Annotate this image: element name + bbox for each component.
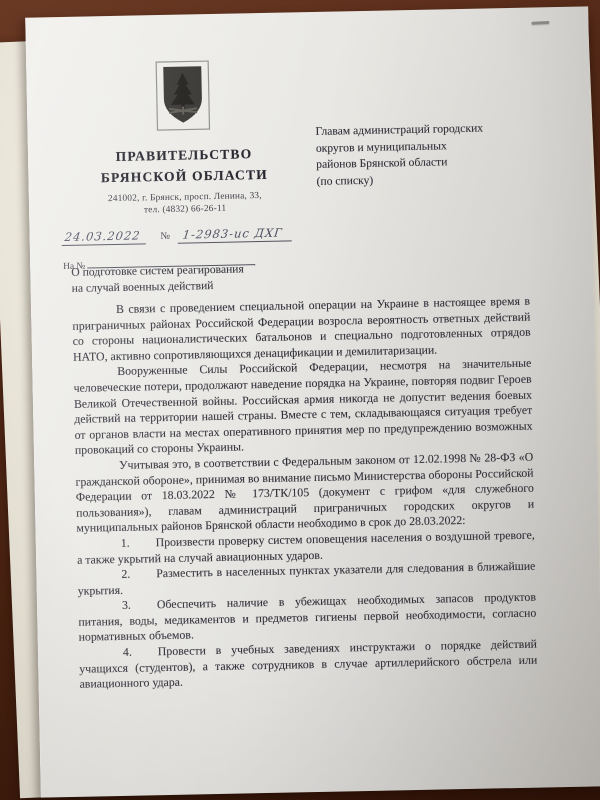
list-item-text: Обеспечить наличие в убежищах необходимы… [78,590,536,644]
document-body: В связи с проведением специальной операц… [72,294,538,693]
body-paragraph: Учитывая это, в соответствии с Федеральн… [75,450,534,537]
document-sheet: ПРАВИТЕЛЬСТВО БРЯНСКОЙ ОБЛАСТИ 241002, г… [25,6,600,797]
coat-of-arms-icon [155,60,210,131]
list-item-number: 1. [121,536,130,550]
handwritten-number: 1-2983-ис ДХГ [178,225,294,243]
list-item-text: Провести в учебных заведениях инструктаж… [79,637,537,691]
letterhead: ПРАВИТЕЛЬСТВО БРЯНСКОЙ ОБЛАСТИ 241002, г… [41,58,327,273]
registration-line: 24.03.2022 № 1-2983-ис ДХГ [44,223,326,249]
number-sign: № [160,231,170,242]
body-paragraph: Вооруженные Силы Российской Федерации, н… [73,356,533,459]
list-item-4: 4.Провести в учебных заведениях инструкт… [79,637,538,693]
body-paragraph: В связи с проведением специальной операц… [72,294,531,366]
addressee-block: Главам администраций городских округов и… [315,119,546,190]
list-item-number: 4. [123,645,132,659]
subject-block: О подготовке систем реагирования на случ… [71,259,372,297]
list-item-number: 3. [122,598,131,612]
handwritten-date: 24.03.2022 [62,228,148,246]
photo-scene: ПРАВИТЕЛЬСТВО БРЯНСКОЙ ОБЛАСТИ 241002, г… [0,0,600,800]
org-name-line2: БРЯНСКОЙ ОБЛАСТИ [43,164,325,191]
list-item-number: 2. [121,567,130,581]
staple-mark [531,21,549,25]
